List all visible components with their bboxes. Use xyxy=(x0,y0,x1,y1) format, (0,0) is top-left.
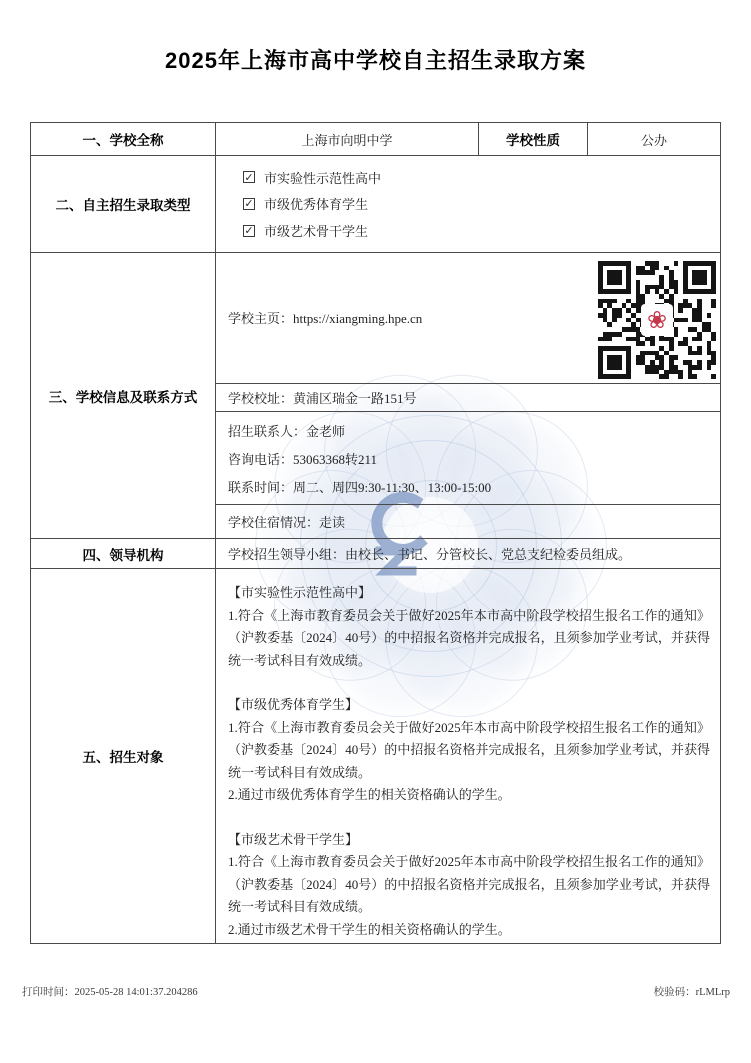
enrollment-type-label: 市级优秀体育学生 xyxy=(264,194,368,213)
section-item: 2.通过市级优秀体育学生的相关资格确认的学生。 xyxy=(228,784,710,807)
contact-row: 招生联系人：金老师 咨询电话：53063368转211 联系时间：周二、周四9:… xyxy=(216,412,720,505)
table-row-enrollment-types: 二、自主招生录取类型 ✓ 市实验性示范性高中 ✓ 市级优秀体育学生 ✓ 市级艺术… xyxy=(31,156,720,253)
row5-label: 五、招生对象 xyxy=(31,569,216,943)
section-heading: 【市实验性示范性高中】 xyxy=(228,582,710,605)
page-title: 2025年上海市高中学校自主招生录取方案 xyxy=(0,44,751,75)
target-section-experimental: 【市实验性示范性高中】 1.符合《上海市教育委员会关于做好2025年本市高中阶段… xyxy=(228,582,710,672)
row2-label: 二、自主招生录取类型 xyxy=(31,156,216,252)
row4-label: 四、领导机构 xyxy=(31,539,216,568)
magnolia-flower-icon: ❀ xyxy=(647,308,667,332)
qr-center-logo: ❀ xyxy=(641,304,673,336)
target-section-art: 【市级艺术骨干学生】 1.符合《上海市教育委员会关于做好2025年本市高中阶段学… xyxy=(228,829,710,942)
section-item: 1.符合《上海市教育委员会关于做好2025年本市高中阶段学校招生报名工作的通知》… xyxy=(228,717,710,785)
lodging-row: 学校住宿情况：走读 xyxy=(216,505,720,538)
enrollment-type-list: ✓ 市实验性示范性高中 ✓ 市级优秀体育学生 ✓ 市级艺术骨干学生 xyxy=(216,156,720,252)
document-page: 2025年上海市高中学校自主招生录取方案 一、学校全称 上海市向明中学 学校性质… xyxy=(0,0,751,1063)
section-item: 1.符合《上海市教育委员会关于做好2025年本市高中阶段学校招生报名工作的通知》… xyxy=(228,605,710,673)
enrollment-type-label: 市级艺术骨干学生 xyxy=(264,221,368,240)
lodging-info: 学校住宿情况：走读 xyxy=(228,512,345,531)
enrollment-plan-table: 一、学校全称 上海市向明中学 学校性质 公办 二、自主招生录取类型 ✓ 市实验性… xyxy=(30,122,721,944)
target-section-sports: 【市级优秀体育学生】 1.符合《上海市教育委员会关于做好2025年本市高中阶段学… xyxy=(228,694,710,807)
enrollment-targets-content: 【市实验性示范性高中】 1.符合《上海市教育委员会关于做好2025年本市高中阶段… xyxy=(216,569,720,943)
leadership-content: 学校招生领导小组：由校长、书记、分管校长、党总支纪检委员组成。 xyxy=(216,539,720,568)
checkbox-checked-icon[interactable]: ✓ xyxy=(243,225,255,237)
contact-time: 联系时间：周二、周四9:30-11:30、13:00-15:00 xyxy=(228,477,720,496)
contact-phone: 咨询电话：53063368转211 xyxy=(228,449,720,468)
address-row: 学校校址：黄浦区瑞金一路151号 xyxy=(216,384,720,413)
list-item: ✓ 市实验性示范性高中 xyxy=(243,168,710,187)
qr-code: ❀ xyxy=(598,261,716,379)
section-heading: 【市级优秀体育学生】 xyxy=(228,694,710,717)
list-item: ✓ 市级艺术骨干学生 xyxy=(243,221,710,240)
print-time: 打印时间：2025-05-28 14:01:37.204286 xyxy=(22,984,198,999)
section-heading: 【市级艺术骨干学生】 xyxy=(228,829,710,852)
row3-label: 三、学校信息及联系方式 xyxy=(31,253,216,538)
table-row-school-name: 一、学校全称 上海市向明中学 学校性质 公办 xyxy=(31,123,720,156)
school-nature-value: 公办 xyxy=(588,123,720,155)
verification-code: 校验码：rLMLrp xyxy=(654,984,730,999)
section-item: 2.通过市级艺术骨干学生的相关资格确认的学生。 xyxy=(228,919,710,942)
contact-person: 招生联系人：金老师 xyxy=(228,421,720,440)
checkbox-checked-icon[interactable]: ✓ xyxy=(243,171,255,183)
section-item: 1.符合《上海市教育委员会关于做好2025年本市高中阶段学校招生报名工作的通知》… xyxy=(228,851,710,919)
homepage-url: 学校主页：https://xiangming.hpe.cn xyxy=(228,308,422,327)
checkbox-checked-icon[interactable]: ✓ xyxy=(243,198,255,210)
table-row-targets: 五、招生对象 【市实验性示范性高中】 1.符合《上海市教育委员会关于做好2025… xyxy=(31,569,720,943)
school-info-cell: 学校主页：https://xiangming.hpe.cn ❀ 学校校址：黄浦区… xyxy=(216,253,720,538)
table-row-school-info: 三、学校信息及联系方式 学校主页：https://xiangming.hpe.c… xyxy=(31,253,720,539)
row1-label: 一、学校全称 xyxy=(31,123,216,155)
enrollment-type-label: 市实验性示范性高中 xyxy=(264,168,381,187)
school-address: 学校校址：黄浦区瑞金一路151号 xyxy=(228,388,417,407)
school-nature-label: 学校性质 xyxy=(479,123,588,155)
table-row-leadership: 四、领导机构 学校招生领导小组：由校长、书记、分管校长、党总支纪检委员组成。 xyxy=(31,539,720,569)
school-name-value: 上海市向明中学 xyxy=(216,123,479,155)
homepage-row: 学校主页：https://xiangming.hpe.cn ❀ xyxy=(216,253,720,384)
list-item: ✓ 市级优秀体育学生 xyxy=(243,194,710,213)
